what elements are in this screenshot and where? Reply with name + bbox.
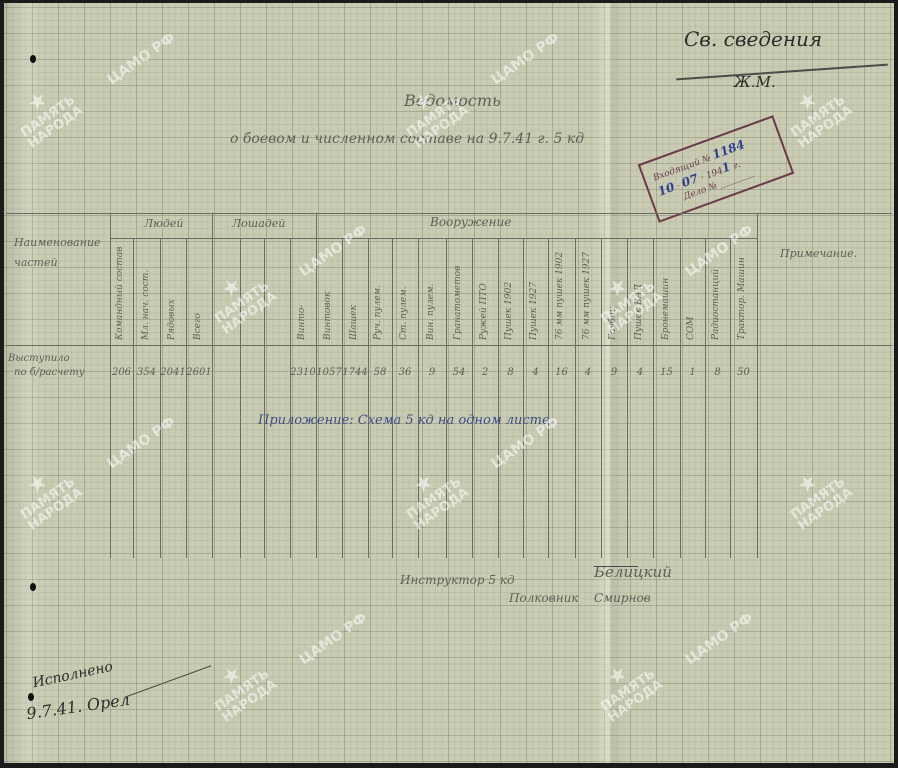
- col-rule: [290, 238, 291, 558]
- signature-title-line2: Полковник: [509, 591, 579, 605]
- table-top-rule: [6, 213, 892, 214]
- cell-weapons: 1: [680, 367, 705, 378]
- watermark-project: ★ ПАМЯТЬ НАРОДА: [392, 457, 471, 533]
- group-header-weapons: Вооружение: [430, 215, 511, 229]
- row-name-line1: Выступило: [8, 353, 70, 364]
- routing-initials: Ж.М.: [734, 73, 776, 91]
- cell-weapons: 1057: [316, 367, 342, 378]
- cell-weapons: 4: [575, 367, 601, 378]
- binding-hole: [28, 693, 34, 701]
- column-header-notes: Примечание.: [780, 247, 857, 260]
- watermark-project: ★ ПАМЯТЬ НАРОДА: [776, 75, 855, 151]
- header-bottom-rule: [6, 345, 892, 346]
- signature-title-line1: Инструктор 5 кд: [400, 573, 515, 587]
- group-header-people: Людей: [144, 217, 183, 230]
- col-rule: [757, 213, 758, 558]
- column-header-people: Рядовых: [167, 248, 177, 340]
- col-rule: [110, 213, 111, 558]
- cell-weapons: 1744: [342, 367, 368, 378]
- watermark-archive: ЦАМО РФ: [683, 610, 757, 668]
- column-header-weapons: Гранатометов: [453, 248, 463, 340]
- cell-weapons: 9: [601, 367, 627, 378]
- cell-people: 2041: [160, 367, 186, 378]
- col-rule: [160, 238, 161, 558]
- watermark-project: ★ ПАМЯТЬ НАРОДА: [200, 649, 279, 725]
- column-header-weapons: Ружей ПТО: [479, 248, 489, 340]
- watermark-archive: ЦАМО РФ: [297, 610, 371, 668]
- column-header-weapons: Шашек: [349, 248, 359, 340]
- column-header-weapons: Руч. пулем.: [373, 248, 383, 340]
- cell-weapons: 16: [548, 367, 575, 378]
- routing-note: Св. сведения: [684, 27, 822, 51]
- col-rule: [523, 238, 524, 558]
- column-header-weapons: 76 мм пушек 1902: [555, 248, 565, 340]
- row-name-line2: по б/расчету: [14, 367, 85, 378]
- group-header-horses: Лошадей: [232, 217, 285, 230]
- watermark-archive: ЦАМО РФ: [105, 30, 179, 88]
- cell-weapons: 9: [418, 367, 446, 378]
- column-header-weapons: Трактор. Машин: [737, 248, 747, 340]
- column-header-people: Командный состав: [115, 248, 125, 340]
- cell-people: 2601: [186, 367, 212, 378]
- col-rule: [342, 238, 343, 558]
- group-header-rule: [110, 238, 757, 239]
- cell-weapons: 4: [627, 367, 653, 378]
- watermark-archive: ЦАМО РФ: [105, 414, 179, 472]
- cell-weapons: 36: [392, 367, 418, 378]
- col-rule: [575, 238, 576, 558]
- paper-fold: [594, 3, 624, 763]
- column-header-weapons: Ст. пулем.: [399, 248, 409, 340]
- col-rule: [548, 238, 549, 558]
- cell-weapons: 4: [523, 367, 548, 378]
- col-rule: [680, 238, 681, 558]
- appendix-note: Приложение: Схема 5 кд на одном листе.: [258, 413, 554, 428]
- col-rule: [212, 213, 213, 558]
- binding-hole: [30, 55, 36, 63]
- cell-people: 206: [110, 367, 133, 378]
- col-rule: [730, 238, 731, 558]
- col-rule: [705, 238, 706, 558]
- col-rule: [472, 238, 473, 558]
- column-header-weapons: Вин. пулем.: [426, 248, 436, 340]
- watermark-archive: ЦАМО РФ: [489, 30, 563, 88]
- cell-weapons: 8: [705, 367, 730, 378]
- cell-weapons: 50: [730, 367, 757, 378]
- col-rule: [186, 238, 187, 558]
- incoming-stamp: Входящий № 1184 10 · 07 · 1941 г. Дело №…: [638, 115, 795, 223]
- column-header-people: Всего: [193, 248, 203, 340]
- column-header-people: Мл. нач. сост.: [141, 248, 151, 340]
- watermark-archive: ЦАМО РФ: [297, 222, 371, 280]
- col-rule: [498, 238, 499, 558]
- cell-weapons: 54: [446, 367, 472, 378]
- stamp-year-mark: г.: [732, 160, 742, 172]
- column-header-weapons: Бронемашин: [661, 248, 671, 340]
- column-header-weapons: Пушек 1902: [504, 248, 514, 340]
- cell-weapons: 15: [653, 367, 680, 378]
- signature-tail: Смирнов: [594, 591, 651, 605]
- stamp-day: 10: [656, 180, 676, 199]
- watermark-project: ★ ПАМЯТЬ НАРОДА: [776, 457, 855, 533]
- cell-weapons: 8: [498, 367, 523, 378]
- cell-weapons: 2310: [290, 367, 316, 378]
- document-sheet: Ведомость о боевом и численном составе н…: [4, 3, 894, 763]
- cell-people: 354: [133, 367, 160, 378]
- signature-overline: [594, 566, 638, 567]
- col-rule: [133, 238, 134, 558]
- margin-note-stroke: [125, 665, 212, 697]
- cell-weapons: 58: [368, 367, 392, 378]
- col-rule: [392, 238, 393, 558]
- binding-hole: [30, 583, 36, 591]
- column-header-name: Наименование частей: [14, 233, 104, 273]
- column-header-weapons: Пушек 1927: [529, 248, 539, 340]
- col-rule: [368, 238, 369, 558]
- routing-underline: [676, 64, 888, 81]
- cell-weapons: 2: [472, 367, 498, 378]
